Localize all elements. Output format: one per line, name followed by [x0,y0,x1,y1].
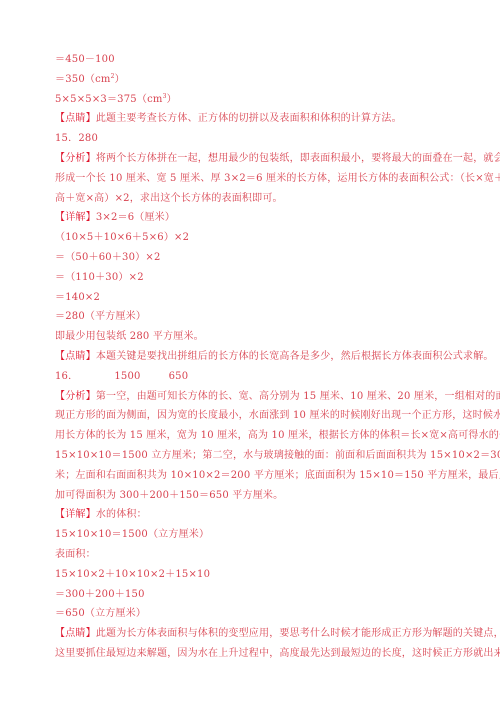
analysis-line: 形成一个长 10 厘米、宽 5 厘米、厚 3×2＝6 厘米的长方体，运用长方体的… [55,169,455,189]
analysis-line: 【分析】将两个长方体拼在一起，想用最少的包装纸，即表面积最小，要将最大的面叠在一… [55,149,455,169]
xiangjie-tag: 【详解】 [55,509,96,520]
question-answer-15: 15．280 [55,129,455,149]
line-text: 将两个长方体拼在一起，想用最少的包装纸，即表面积最小，要将最大的面叠在一起，就会 [96,153,500,164]
line-text: ＝450－100 [55,54,115,65]
conclusion-line: 即最少用包装纸 280 平方厘米。 [55,327,455,347]
comment-line: 这里要抓住最短边来解题，因为水在上升过程中，高度最先达到最短边的长度，这时候正方… [55,644,455,664]
equation-line: ＝450－100 [55,50,455,70]
analysis-line: 现正方形的面为侧面，因为宽的长度最小，水面涨到 10 厘米的时候刚好出现一个正方… [55,406,455,426]
line-text: 用长方体的长为 15 厘米，宽为 10 厘米，高为 10 厘米，根据长方体的体积… [55,430,500,441]
equation-line: 15×10×10＝1500（立方厘米） [55,525,455,545]
equation-line: ＝（50＋60＋30）×2 [55,248,455,268]
analysis-line: 15×10×10＝1500 立方厘米；第二空，水与玻璃接触的面：前面和后面面积共… [55,446,455,466]
line-text: ） [115,74,125,85]
xiangjie-tag: 【详解】 [55,212,96,223]
line-text: ＝650（立方厘米） [55,608,146,619]
line-text: 5×5×5×3＝375（cm [55,94,163,105]
line-text: 水的体积： [96,509,147,520]
line-text: 第一空，由题可知长方体的长、宽、高分别为 15 厘米、10 厘米、20 厘米，一… [96,391,500,402]
equation-line: ＝（110＋30）×2 [55,268,455,288]
answer-2: 650 [169,371,189,382]
line-text: 即最少用包装纸 280 平方厘米。 [55,331,204,342]
label-line: 表面积： [55,545,455,565]
line-text: 表面积： [55,549,96,560]
line-text: ＝（50＋60＋30）×2 [55,252,161,263]
line-text: 此题主要考查长方体、正方体的切拼以及表面积和体积的计算方法。 [96,113,402,124]
equation-line: ＝280（平方厘米） [55,307,455,327]
equation-line: ＝350（cm2） [55,70,455,90]
answer-1: 1500 [114,371,140,382]
line-text: 15×10×10＝1500 立方厘米；第二空，水与玻璃接触的面：前面和后面面积共… [55,450,500,461]
equation-line: 5×5×5×3＝375（cm3） [55,90,455,110]
line-text: ＝（110＋30）×2 [55,272,144,283]
line-text: ＝280（平方厘米） [55,311,146,322]
equation-line: （10×5＋10×6＋5×6）×2 [55,228,455,248]
line-text: 15×10×2＋10×10×2＋15×10 [55,569,210,580]
comment-line: 【点睛】此题主要考查长方体、正方体的切拼以及表面积和体积的计算方法。 [55,109,455,129]
line-text: 15．280 [55,133,98,144]
detail-line: 【详解】3×2＝6（厘米） [55,208,455,228]
line-text: ＝350（cm [55,74,111,85]
question-answer-16: 16．1500650 [55,367,455,387]
comment-line: 【点睛】此题为长方体表面积与体积的变型应用，要思考什么时候才能形成正方形为解题的… [55,624,455,644]
equation-line: ＝300＋200＋150 [55,585,455,605]
line-text: （10×5＋10×6＋5×6）×2 [55,232,189,243]
line-text: 这里要抓住最短边来解题，因为水在上升过程中，高度最先达到最短边的长度，这时候正方… [55,648,500,659]
equation-line: 15×10×2＋10×10×2＋15×10 [55,565,455,585]
equation-line: ＝140×2 [55,288,455,308]
dianjing-tag: 【点睛】 [55,113,96,124]
line-text: ＝140×2 [55,292,100,303]
detail-line: 【详解】水的体积： [55,505,455,525]
line-text: 3×2＝6（厘米） [96,212,175,223]
analysis-line: 加可得面积为 300＋200＋150＝650 平方厘米。 [55,486,455,506]
line-text: 米；左面和右面面积共为 10×10×2＝200 平方厘米；底面面积为 15×10… [55,470,500,481]
analysis-line: 米；左面和右面面积共为 10×10×2＝200 平方厘米；底面面积为 15×10… [55,466,455,486]
line-text: 高＋宽×高）×2，求出这个长方体的表面积即可。 [55,193,283,204]
fenxi-tag: 【分析】 [55,153,96,164]
dianjing-tag: 【点睛】 [55,351,96,362]
comment-line: 【点睛】本题关键是要找出拼组后的长方体的长宽高各是多少，然后根据长方体表面积公式… [55,347,455,367]
line-text: ） [167,94,177,105]
line-text: 现正方形的面为侧面，因为宽的长度最小，水面涨到 10 厘米的时候刚好出现一个正方… [55,410,500,421]
line-text: 本题关键是要找出拼组后的长方体的长宽高各是多少，然后根据长方体表面积公式求解。 [96,351,494,362]
equation-line: ＝650（立方厘米） [55,604,455,624]
dianjing-tag: 【点睛】 [55,628,96,639]
line-text: 此题为长方体表面积与体积的变型应用，要思考什么时候才能形成正方形为解题的关键点， [96,628,500,639]
analysis-line: 【分析】第一空，由题可知长方体的长、宽、高分别为 15 厘米、10 厘米、20 … [55,387,455,407]
line-text: ＝300＋200＋150 [55,589,145,600]
line-text: 加可得面积为 300＋200＋150＝650 平方厘米。 [55,490,283,501]
line-text: 15×10×10＝1500（立方厘米） [55,529,209,540]
analysis-line: 用长方体的长为 15 厘米，宽为 10 厘米，高为 10 厘米，根据长方体的体积… [55,426,455,446]
fenxi-tag: 【分析】 [55,391,96,402]
line-text: 形成一个长 10 厘米、宽 5 厘米、厚 3×2＝6 厘米的长方体，运用长方体的… [55,173,500,184]
document-page: ＝450－100 ＝350（cm2） 5×5×5×3＝375（cm3） 【点睛】… [55,50,455,664]
question-number: 16． [55,371,78,382]
analysis-line: 高＋宽×高）×2，求出这个长方体的表面积即可。 [55,189,455,209]
